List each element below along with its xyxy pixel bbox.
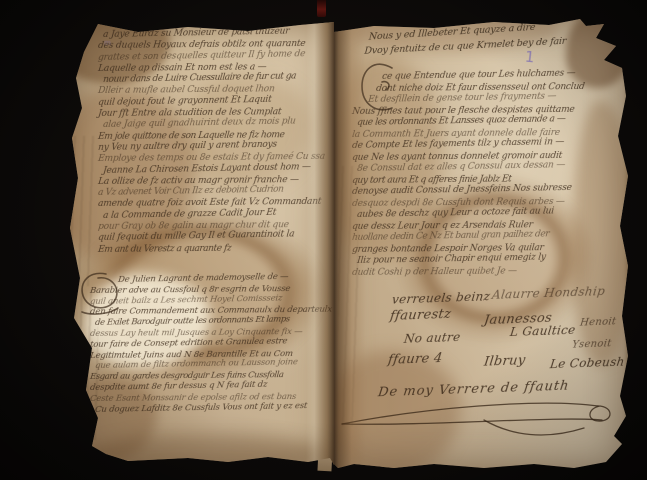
manuscript-line: Em ant du Verestz a quarante fz [97,242,330,256]
signature: Alaurre Hondship [491,285,606,301]
signature: No autre [403,331,461,345]
signature: Le Cobeush [549,356,625,371]
signature: ffaure 4 [387,352,443,367]
bleedthrough-text [70,136,96,286]
margin-annotation: m [104,39,111,47]
left-text-block-1: a Jaye Eurdz su Monsieur de patsi thuzeu… [98,30,330,256]
right-page: Nous y ed Illebeter Et quayze a direDvoy… [334,16,628,474]
signature: Ilbruy [483,354,526,369]
right-header-block: Nous y ed Illebeter Et quayze a direDvoy… [364,21,605,58]
left-text-block-2: De Julien Lagrant de mademoyselle de —Ba… [90,275,328,415]
binding-ribbon [317,0,326,17]
left-page: a Jaye Eurdz su Monsieur de patsi thuzeu… [68,18,334,472]
gutter-shadow [306,18,334,472]
gutter-shadow [334,16,366,474]
stain [86,434,326,472]
signature: verreuels beinz [391,290,491,305]
page-number-annotation: 1 [524,48,535,67]
right-text-block: ce que Entendue que tour Les hulchames —… [352,72,614,279]
signature: L Gaultice [509,324,576,338]
signature-flourish [334,394,626,452]
signature: ffaurestz [389,308,452,323]
signature: De moy Verrere de ffauth [377,380,570,400]
manuscript-scan: a Jaye Eurdz su Monsieur de patsi thuzeu… [0,0,647,480]
signature: Ysenoit [571,339,612,350]
manuscript-line: dudit Coshi p der Halleur quibet Je — [351,265,614,279]
signature: Henoit [579,317,616,328]
